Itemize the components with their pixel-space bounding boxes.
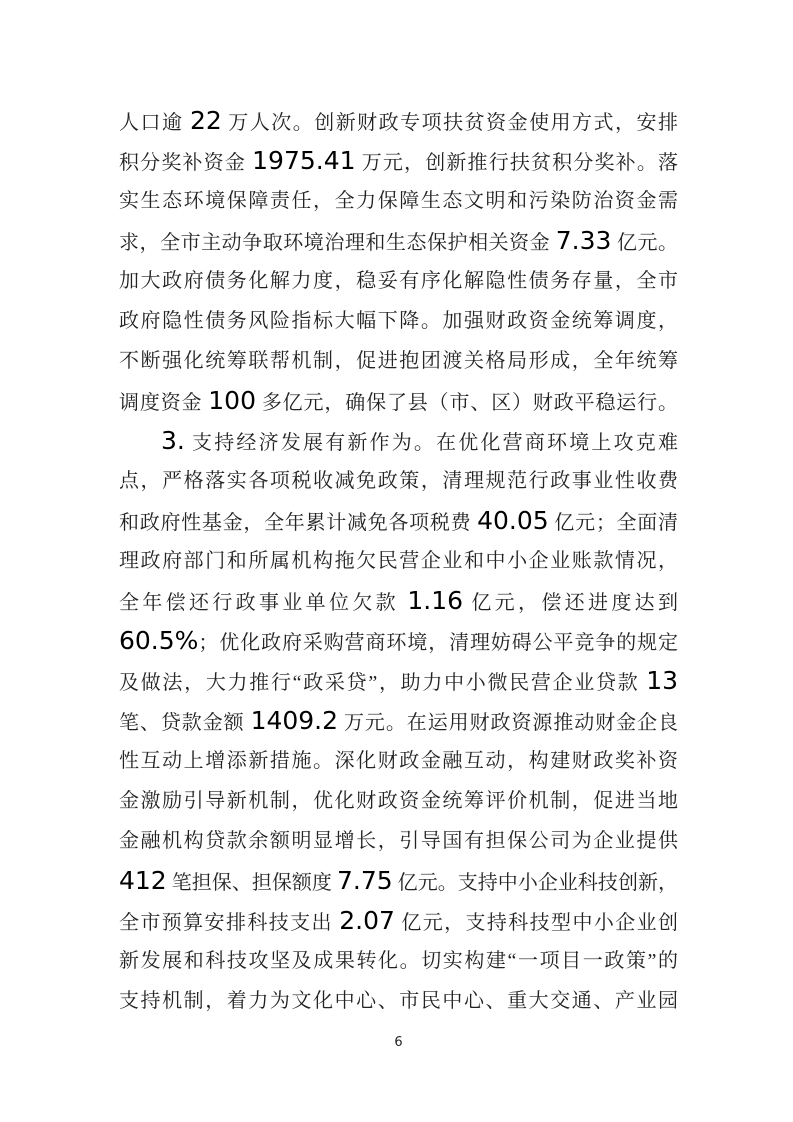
text-line: 支持机制，着力为文化中心、市民中心、重大交通、产业园: [119, 981, 678, 1021]
text-line: 积分奖补资金 1975.41 万元，创新推行扶贫积分奖补。落: [119, 141, 678, 181]
text-line: 金激励引导新机制，优化财政资金统筹评价机制，促进当地: [119, 781, 678, 821]
text-line: 60.5%；优化政府采购营商环境，清理妨碍公平竞争的规定: [119, 621, 678, 661]
numeric-text: 3.: [161, 426, 185, 455]
text-line: 412 笔担保、担保额度 7.75 亿元。支持中小企业科技创新，: [119, 861, 678, 901]
numeric-text: 1409.2: [251, 706, 338, 735]
text-line: 调度资金 100 多亿元，确保了县（市、区）财政平稳运行。: [119, 381, 678, 421]
text-line: 及做法，大力推行“政采贷”，助力中小微民营企业贷款 13: [119, 661, 678, 701]
text-line: 金融机构贷款余额明显增长，引导国有担保公司为企业提供: [119, 821, 678, 861]
numeric-text: 100: [208, 386, 256, 415]
numeric-text: 40.05: [477, 506, 549, 535]
text-line: 全市预算安排科技支出 2.07 亿元，支持科技型中小企业创: [119, 901, 678, 941]
page-number: 6: [119, 1035, 678, 1050]
numeric-text: 2.07: [339, 906, 395, 935]
numeric-text: 22: [190, 106, 222, 135]
text-line: 性互动上增添新措施。深化财政金融互动，构建财政奖补资: [119, 741, 678, 781]
text-line: 人口逾 22 万人次。创新财政专项扶贫资金使用方式，安排: [119, 101, 678, 141]
numeric-text: 60.5%: [119, 626, 198, 655]
text-line: 新发展和科技攻坚及成果转化。切实构建“一项目一政策”的: [119, 941, 678, 981]
text-line: 政府隐性债务风险指标大幅下降。加强财政资金统筹调度，: [119, 301, 678, 341]
body-text: 人口逾 22 万人次。创新财政专项扶贫资金使用方式，安排 积分奖补资金 1975…: [119, 101, 678, 1021]
numeric-text: 13: [646, 666, 678, 695]
text-line: 求，全市主动争取环境治理和生态保护相关资金 7.33 亿元。: [119, 221, 678, 261]
numeric-text: 7.33: [556, 226, 612, 255]
text-line: 加大政府债务化解力度，稳妥有序化解隐性债务存量，全市: [119, 261, 678, 301]
text-line-paragraph-start: 3. 支持经济发展有新作为。在优化营商环境上攻克难: [119, 421, 678, 461]
text-line: 实生态环境保障责任，全力保障生态文明和污染防治资金需: [119, 181, 678, 221]
text-line: 不断强化统筹联帮机制，促进抱团渡关格局形成，全年统筹: [119, 341, 678, 381]
numeric-text: 1975.41: [252, 146, 355, 175]
numeric-text: 1.16: [407, 586, 463, 615]
numeric-text: 412: [119, 866, 167, 895]
numeric-text: 7.75: [337, 866, 393, 895]
text-line: 和政府性基金，全年累计减免各项税费 40.05 亿元；全面清: [119, 501, 678, 541]
text-line: 笔、贷款金额 1409.2 万元。在运用财政资源推动财金企良: [119, 701, 678, 741]
text-line: 点，严格落实各项税收减免政策，清理规范行政事业性收费: [119, 461, 678, 501]
text-line: 理政府部门和所属机构拖欠民营企业和中小企业账款情况，: [119, 541, 678, 581]
document-page: 人口逾 22 万人次。创新财政专项扶贫资金使用方式，安排 积分奖补资金 1975…: [0, 0, 793, 1122]
text-line: 全年偿还行政事业单位欠款 1.16 亿元，偿还进度达到: [119, 581, 678, 621]
